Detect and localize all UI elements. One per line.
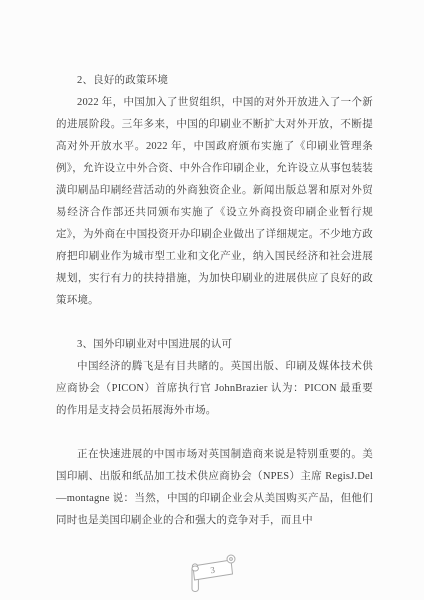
paragraph-npes: 正在快速进展的中国市场对英国制造商来说是特别重要的。美国印刷、出版和纸品加工技术… xyxy=(56,444,373,532)
page-footer: 3 xyxy=(0,551,424,597)
page-content: 2、良好的政策环境 2022 年，中国加入了世贸组织，中国的对外开放进入了一个新… xyxy=(56,70,373,532)
document-page: 2、良好的政策环境 2022 年，中国加入了世贸组织，中国的对外开放进入了一个新… xyxy=(0,0,424,600)
paragraph-picon: 中国经济的腾飞是有目共睹的。英国出版、印刷及媒体技术供应商协会（PICON）首席… xyxy=(56,356,373,422)
paragraph-policy: 2022 年，中国加入了世贸组织，中国的对外开放进入了一个新的进展阶段。三年多来… xyxy=(56,92,373,312)
section-heading-recognition: 3、国外印刷业对中国进展的认可 xyxy=(56,334,373,356)
scroll-banner-icon: 3 xyxy=(182,551,242,597)
section-heading-policy: 2、良好的政策环境 xyxy=(56,70,373,92)
